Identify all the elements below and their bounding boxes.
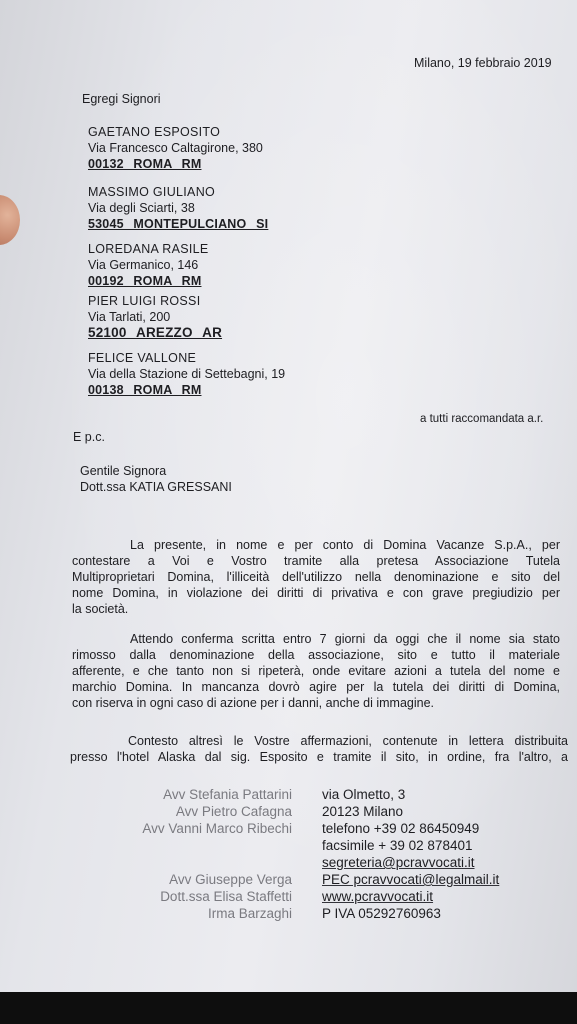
body-paragraph: La presente, in nome e per conto di Domi… (72, 537, 560, 617)
paragraph-line: contestare a Voi e Vostro tramite alla p… (72, 553, 560, 569)
recipient-block: GAETANO ESPOSITO Via Francesco Caltagiro… (88, 124, 263, 172)
recipient-street: Via degli Sciarti, 38 (88, 200, 268, 216)
paragraph-line: rimosso dalla denominazione della associ… (72, 647, 560, 663)
paragraph-line: afferente, e che tanto non si ripeterà, … (72, 663, 560, 679)
recipient-name: PIER LUIGI ROSSI (88, 293, 222, 309)
footer-contacts: via Olmetto, 3 20123 Milano telefono +39… (322, 786, 499, 922)
footer-lawyers: Avv Stefania Pattarini Avv Pietro Cafagn… (142, 786, 292, 922)
lawyer-name: Avv Pietro Cafagna (142, 803, 292, 820)
lawyer-name: Irma Barzaghi (142, 905, 292, 922)
lawyer-name: Dott.ssa Elisa Staffetti (142, 888, 292, 905)
recipient-city: 00192 ROMA RM (88, 273, 209, 289)
lawyer-name: Avv Giuseppe Verga (142, 871, 292, 888)
lawyer-name: Avv Stefania Pattarini (142, 786, 292, 803)
recipient-block: MASSIMO GIULIANO Via degli Sciarti, 38 5… (88, 184, 268, 232)
office-fax: facsimile + 39 02 878401 (322, 837, 499, 854)
recipient-city: 53045 MONTEPULCIANO SI (88, 216, 268, 232)
office-email: segreteria@pcravvocati.it (322, 854, 499, 871)
recipient-name: FELICE VALLONE (88, 350, 285, 366)
finger-photo-artifact (0, 195, 20, 245)
recipient-city: 00132 ROMA RM (88, 156, 263, 172)
paragraph-line: nome Domina, in violazione dei diritti d… (72, 585, 560, 601)
recipient-name: MASSIMO GIULIANO (88, 184, 268, 200)
paragraph-line: Contesto altresì le Vostre affermazioni,… (70, 733, 568, 749)
cc-recipient: Gentile Signora Dott.ssa KATIA GRESSANI (80, 463, 232, 495)
footer-spacer (142, 837, 292, 871)
recipient-street: Via Germanico, 146 (88, 257, 209, 273)
delivery-note: a tutti raccomandata a.r. (420, 412, 543, 427)
paragraph-line: con riserva in ogni caso di azione per i… (72, 695, 560, 711)
lawyer-name: Avv Vanni Marco Ribechi (142, 820, 292, 837)
recipient-street: Via Tarlati, 200 (88, 309, 222, 325)
paragraph-line: la società. (72, 601, 560, 617)
letter-page: Milano, 19 febbraio 2019 Egregi Signori … (0, 0, 577, 992)
recipient-block: PIER LUIGI ROSSI Via Tarlati, 200 52100 … (88, 293, 222, 341)
office-city: 20123 Milano (322, 803, 499, 820)
recipient-street: Via della Stazione di Settebagni, 19 (88, 366, 285, 382)
body-paragraph: Contesto altresì le Vostre affermazioni,… (70, 733, 568, 765)
salutation: Egregi Signori (82, 92, 161, 107)
office-vat: P IVA 05292760963 (322, 905, 499, 922)
dark-background-strip (0, 992, 577, 1024)
body-paragraph: Attendo conferma scritta entro 7 giorni … (72, 631, 560, 711)
recipient-block: LOREDANA RASILE Via Germanico, 146 00192… (88, 241, 209, 289)
office-pec: PEC pcravvocati@legalmail.it (322, 871, 499, 888)
paragraph-line: Multiproprietari Domina, l'illiceità del… (72, 569, 560, 585)
paragraph-line: marchio Domina. In mancanza dovrò agire … (72, 679, 560, 695)
recipient-city: 52100 AREZZO AR (88, 325, 222, 341)
recipient-name: GAETANO ESPOSITO (88, 124, 263, 140)
cc-name: Dott.ssa KATIA GRESSANI (80, 479, 232, 495)
paragraph-line: Attendo conferma scritta entro 7 giorni … (72, 631, 560, 647)
office-phone: telefono +39 02 86450949 (322, 820, 499, 837)
paragraph-line: La presente, in nome e per conto di Domi… (72, 537, 560, 553)
paragraph-line: presso l'hotel Alaska dal sig. Esposito … (70, 749, 568, 765)
place-date: Milano, 19 febbraio 2019 (414, 56, 552, 71)
recipient-street: Via Francesco Caltagirone, 380 (88, 140, 263, 156)
office-website: www.pcravvocati.it (322, 888, 499, 905)
office-street: via Olmetto, 3 (322, 786, 499, 803)
recipient-block: FELICE VALLONE Via della Stazione di Set… (88, 350, 285, 398)
recipient-city: 00138 ROMA RM (88, 382, 285, 398)
cc-label: E p.c. (73, 430, 105, 445)
cc-greeting: Gentile Signora (80, 463, 232, 479)
recipient-name: LOREDANA RASILE (88, 241, 209, 257)
